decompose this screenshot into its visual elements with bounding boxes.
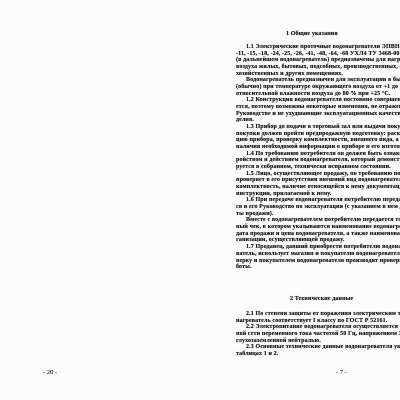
text-line: ватель, использует магазин и покупателю …	[236, 251, 400, 258]
paragraph: 1.1 Электрические проточные водонагреват…	[236, 44, 400, 77]
text-line: наличия необходимой информации о приборе…	[236, 144, 400, 151]
paragraph: 1.6 При передаче водонагревателя потреби…	[236, 197, 400, 217]
text-line: боты.	[236, 264, 400, 271]
left-page-number: - 20 -	[43, 369, 57, 376]
paragraph: 1.5 Лицо, осуществляющее продажу, по тре…	[236, 171, 400, 198]
text-line: таблицах 1 и 2.	[236, 351, 400, 358]
text-line: верку и покупателем водонагревателя прои…	[236, 258, 400, 265]
text-line: комплектность, наличие относящейся к нем…	[236, 184, 400, 191]
paragraph: 2.1 По степени защиты от поражения элект…	[236, 311, 400, 324]
scanned-document-page: - 20 - - 7 - 1 Общие указания 1.1 Электр…	[0, 0, 400, 400]
text-line: ный чек, в котором указываются наименова…	[236, 224, 400, 231]
paragraph: 2.2 Электропитание водонагревателя осуще…	[236, 324, 400, 344]
section-technical-data-text: 2.1 По степени защиты от поражения элект…	[236, 311, 400, 358]
text-line: ной сети переменного тока частотой 50 Гц…	[236, 331, 400, 338]
section-general-instructions-text: 1.1 Электрические проточные водонагреват…	[236, 44, 400, 271]
paragraph: Вместе с водонагревателем потребителю пе…	[236, 217, 400, 244]
text-line: (обычно) при температуре окружающего воз…	[236, 84, 400, 91]
paragraph: 2.3 Основные технические данные водонагр…	[236, 344, 400, 357]
text-line: руется в собранном, технически исправном…	[236, 164, 400, 171]
text-line: 1.2 Конструкция водонагревателя постоянн…	[236, 97, 400, 104]
text-line: 1.3 Прибор до подачи в торговый зал или …	[236, 124, 400, 131]
text-line: 2.1 По степени защиты от поражения элект…	[236, 311, 400, 318]
section-heading-general-instructions: 1 Общие указания	[286, 31, 338, 37]
right-page-number: - 7 -	[336, 369, 347, 376]
paragraph: Водонагреватель предназначен для эксплуа…	[236, 77, 400, 97]
text-line: 2.2 Электропитание водонагревателя осуще…	[236, 324, 400, 331]
text-line: Руководстве и не ухудшающие эксплуатацио…	[236, 111, 400, 118]
paragraph: 1.2 Конструкция водонагревателя постоянн…	[236, 97, 400, 124]
paragraph: 1.4 По требованию потребителя он должен …	[236, 151, 400, 171]
paragraph: 1.7 Продавец, давший приобрести потребит…	[236, 244, 400, 271]
section-heading-technical-data: 2 Технические данные	[290, 296, 353, 302]
text-line: 1.7 Продавец, давший приобрести потребит…	[236, 244, 400, 251]
text-line: воздуха жилых, бытовых, подсобных, произ…	[236, 64, 400, 71]
text-line: 1.1 Электрические проточные водонагреват…	[236, 44, 400, 51]
paragraph: 1.3 Прибор до подачи в торговый зал или …	[236, 124, 400, 151]
text-line: ся и его Руководство по эксплуатации (с …	[236, 204, 400, 211]
text-line: (в дальнейшем водонагреватель) предназна…	[236, 57, 400, 64]
text-line: ется, поэтому возможны некоторые изменен…	[236, 104, 400, 111]
